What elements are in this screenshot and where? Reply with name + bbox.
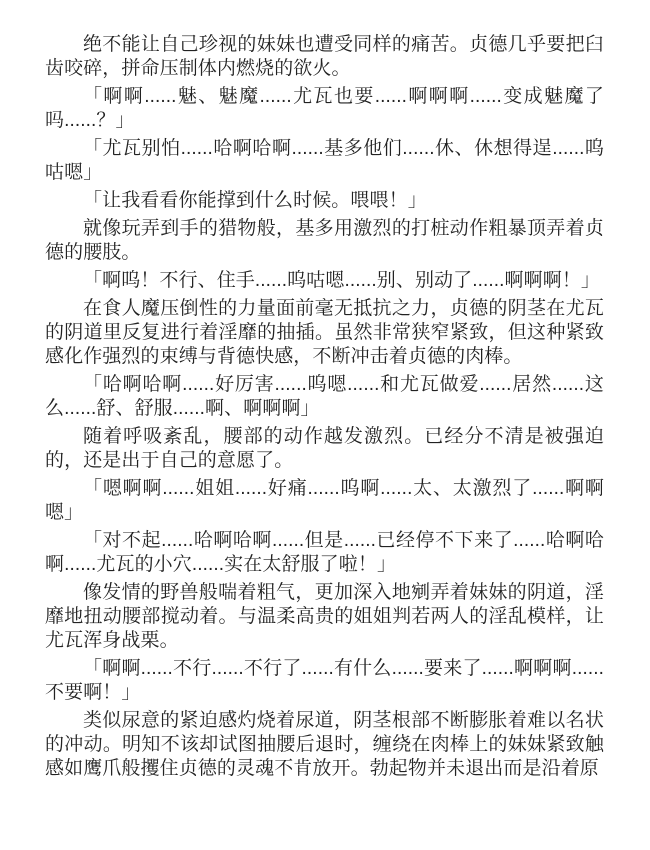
paragraph: 「嗯啊啊......姐姐......好痛......呜啊......太、太激烈了… xyxy=(45,477,604,525)
paragraph: 「让我看看你能撑到什么时候。喂喂！」 xyxy=(45,189,604,213)
paragraph: 类似尿意的紧迫感灼烧着尿道，阴茎根部不断膨胀着难以名状的冲动。明知不该却试图抽腰… xyxy=(45,709,604,781)
paragraph: 「对不起......哈啊哈啊......但是......已经停不下来了.....… xyxy=(45,529,604,577)
paragraph: 随着呼吸紊乱，腰部的动作越发激烈。已经分不清是被强迫的，还是出于自己的意愿了。 xyxy=(45,425,604,473)
paragraph: 「啊呜！不行、住手......呜咕嗯......别、别动了......啊啊啊！」 xyxy=(45,269,604,293)
paragraph: 「啊啊......魅、魅魔......尤瓦也要......啊啊啊......变成… xyxy=(45,85,604,133)
paragraph: 在食人魔压倒性的力量面前毫无抵抗之力，贞德的阴茎在尤瓦的阴道里反复进行着淫靡的抽… xyxy=(45,297,604,369)
paragraph: 「尤瓦别怕......哈啊哈啊......基多他们......休、休想得逞...… xyxy=(45,137,604,185)
paragraph: 「哈啊哈啊......好厉害......呜嗯......和尤瓦做爱......居… xyxy=(45,373,604,421)
paragraph: 「啊啊......不行......不行了......有什么......要来了..… xyxy=(45,657,604,705)
paragraph: 像发情的野兽般喘着粗气，更加深入地剜弄着妹妹的阴道，淫靡地扭动腰部搅动着。与温柔… xyxy=(45,581,604,653)
paragraph: 就像玩弄到手的猎物般，基多用激烈的打桩动作粗暴顶弄着贞德的腰肢。 xyxy=(45,217,604,265)
document-page: 绝不能让自己珍视的妹妹也遭受同样的痛苦。贞德几乎要把臼齿咬碎，拼命压制体内燃烧的… xyxy=(0,0,650,850)
paragraph: 绝不能让自己珍视的妹妹也遭受同样的痛苦。贞德几乎要把臼齿咬碎，拼命压制体内燃烧的… xyxy=(45,33,604,81)
